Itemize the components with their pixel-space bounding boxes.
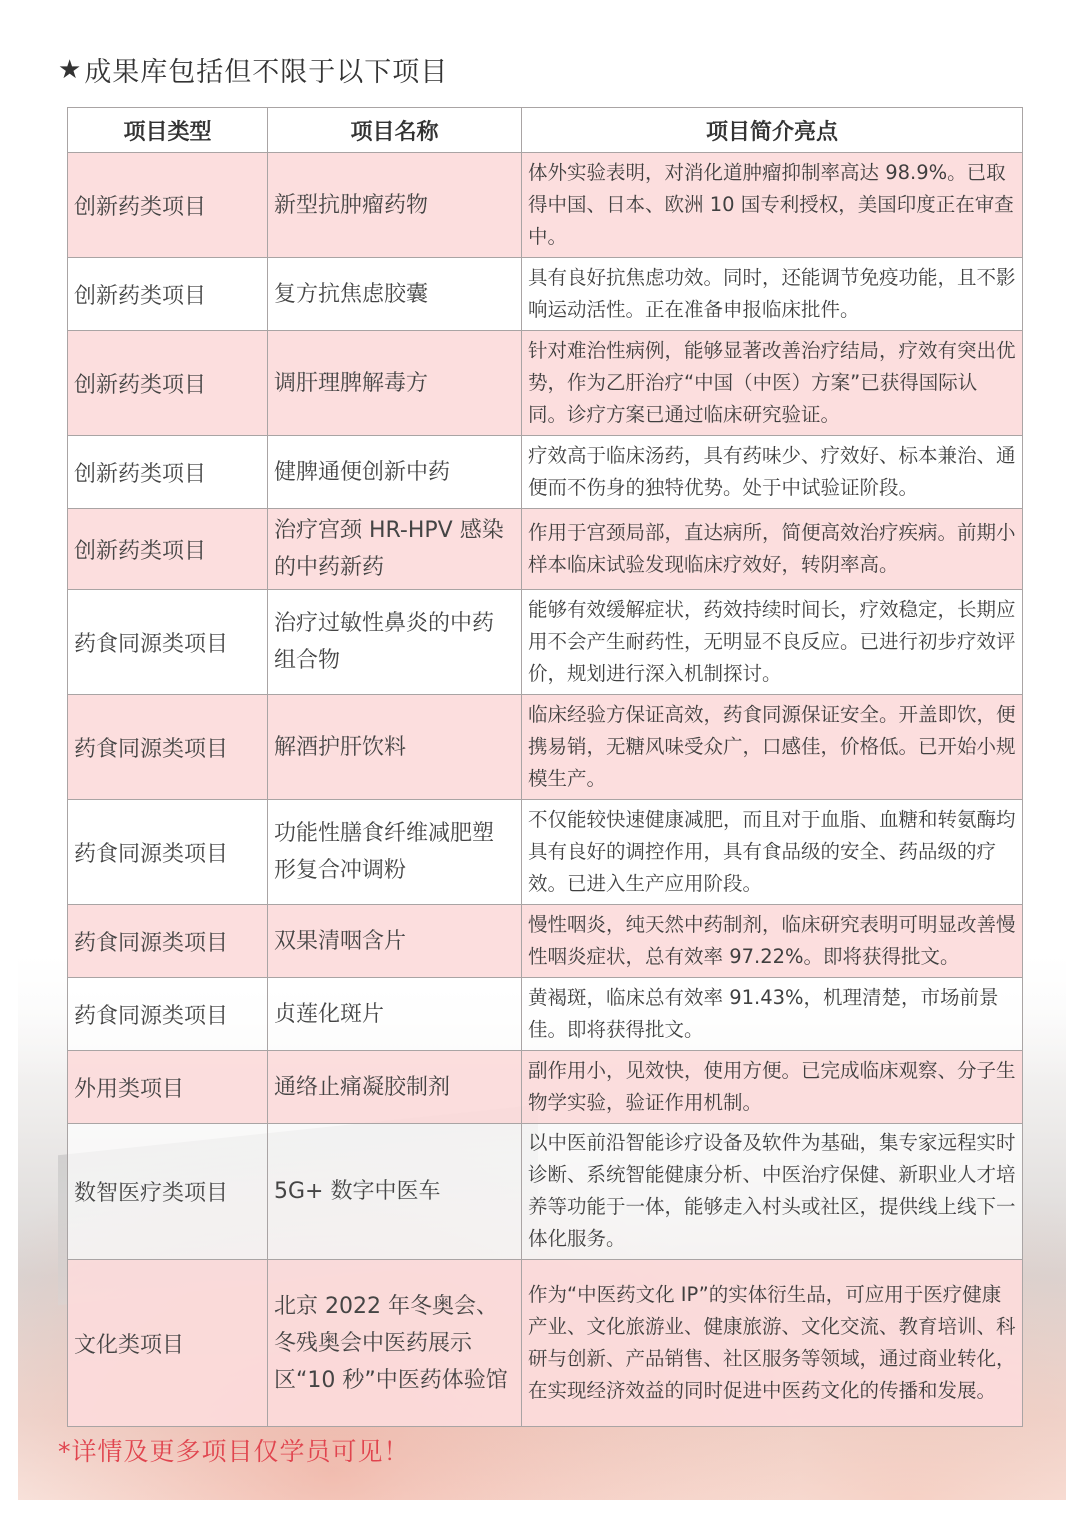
cell-project-name: 调肝理脾解毒方 — [268, 331, 522, 436]
table-row: 创新药类项目复方抗焦虑胶囊具有良好抗焦虑功效。同时，还能调节免疫功能，且不影响运… — [68, 258, 1023, 331]
table-header-row: 项目类型 项目名称 项目简介亮点 — [68, 108, 1023, 153]
table-row: 药食同源类项目双果清咽含片慢性咽炎，纯天然中药制剂，临床研究表明可明显改善慢性咽… — [68, 905, 1023, 978]
cell-project-highlights: 副作用小，见效快，使用方便。已完成临床观察、分子生物学实验，验证作用机制。 — [522, 1051, 1023, 1124]
table-row: 药食同源类项目解酒护肝饮料临床经验方保证高效，药食同源保证安全。开盖即饮，便携易… — [68, 695, 1023, 800]
table-row: 创新药类项目治疗宫颈 HR-HPV 感染的中药新药作用于宫颈局部，直达病所，简便… — [68, 509, 1023, 590]
header-project-highlights: 项目简介亮点 — [522, 108, 1023, 153]
cell-project-name: 解酒护肝饮料 — [268, 695, 522, 800]
cell-project-highlights: 针对难治性病例，能够显著改善治疗结局，疗效有突出优势，作为乙肝治疗“中国（中医）… — [522, 331, 1023, 436]
table-row: 外用类项目通络止痛凝胶制剂副作用小，见效快，使用方便。已完成临床观察、分子生物学… — [68, 1051, 1023, 1124]
page-title-text: 成果库包括但不限于以下项目 — [84, 50, 448, 89]
cell-project-highlights: 慢性咽炎，纯天然中药制剂，临床研究表明可明显改善慢性咽炎症状，总有效率 97.2… — [522, 905, 1023, 978]
cell-project-highlights: 作为“中医药文化 IP”的实体衍生品，可应用于医疗健康产业、文化旅游业、健康旅游… — [522, 1260, 1023, 1427]
cell-project-highlights: 不仅能较快速健康减肥，而且对于血脂、血糖和转氨酶均具有良好的调控作用，具有食品级… — [522, 800, 1023, 905]
table-row: 创新药类项目调肝理脾解毒方针对难治性病例，能够显著改善治疗结局，疗效有突出优势，… — [68, 331, 1023, 436]
cell-project-name: 北京 2022 年冬奥会、冬残奥会中医药展示区“10 秒”中医药体验馆 — [268, 1260, 522, 1427]
cell-project-highlights: 能够有效缓解症状，药效持续时间长，疗效稳定，长期应用不会产生耐药性，无明显不良反… — [522, 590, 1023, 695]
table-row: 创新药类项目健脾通便创新中药疗效高于临床汤药，具有药味少、疗效好、标本兼治、通便… — [68, 436, 1023, 509]
cell-project-type: 文化类项目 — [68, 1260, 268, 1427]
cell-project-type: 创新药类项目 — [68, 153, 268, 258]
page-title: ★ 成果库包括但不限于以下项目 — [58, 50, 448, 89]
cell-project-type: 药食同源类项目 — [68, 800, 268, 905]
cell-project-highlights: 体外实验表明，对消化道肿瘤抑制率高达 98.9%。已取得中国、日本、欧洲 10 … — [522, 153, 1023, 258]
cell-project-type: 药食同源类项目 — [68, 695, 268, 800]
table-row: 数智医疗类项目5G+ 数字中医车以中医前沿智能诊疗设备及软件为基础，集专家远程实… — [68, 1124, 1023, 1260]
cell-project-highlights: 作用于宫颈局部，直达病所，简便高效治疗疾病。前期小样本临床试验发现临床疗效好，转… — [522, 509, 1023, 590]
cell-project-highlights: 以中医前沿智能诊疗设备及软件为基础，集专家远程实时诊断、系统智能健康分析、中医治… — [522, 1124, 1023, 1260]
cell-project-name: 新型抗肿瘤药物 — [268, 153, 522, 258]
cell-project-type: 创新药类项目 — [68, 436, 268, 509]
cell-project-name: 健脾通便创新中药 — [268, 436, 522, 509]
cell-project-name: 双果清咽含片 — [268, 905, 522, 978]
cell-project-highlights: 具有良好抗焦虑功效。同时，还能调节免疫功能，且不影响运动活性。正在准备申报临床批… — [522, 258, 1023, 331]
table-row: 药食同源类项目功能性膳食纤维减肥塑形复合冲调粉不仅能较快速健康减肥，而且对于血脂… — [68, 800, 1023, 905]
cell-project-name: 治疗宫颈 HR-HPV 感染的中药新药 — [268, 509, 522, 590]
cell-project-highlights: 黄褐斑，临床总有效率 91.43%，机理清楚，市场前景佳。即将获得批文。 — [522, 978, 1023, 1051]
cell-project-name: 5G+ 数字中医车 — [268, 1124, 522, 1260]
table-row: 药食同源类项目贞莲化斑片黄褐斑，临床总有效率 91.43%，机理清楚，市场前景佳… — [68, 978, 1023, 1051]
star-icon: ★ — [58, 55, 82, 85]
cell-project-highlights: 疗效高于临床汤药，具有药味少、疗效好、标本兼治、通便而不伤身的独特优势。处于中试… — [522, 436, 1023, 509]
cell-project-type: 数智医疗类项目 — [68, 1124, 268, 1260]
cell-project-type: 药食同源类项目 — [68, 978, 268, 1051]
projects-table: 项目类型 项目名称 项目简介亮点 创新药类项目新型抗肿瘤药物体外实验表明，对消化… — [67, 107, 1023, 1427]
cell-project-name: 功能性膳食纤维减肥塑形复合冲调粉 — [268, 800, 522, 905]
cell-project-type: 药食同源类项目 — [68, 905, 268, 978]
cell-project-name: 治疗过敏性鼻炎的中药组合物 — [268, 590, 522, 695]
footnote: *详情及更多项目仅学员可见！ — [58, 1432, 410, 1468]
table-row: 药食同源类项目治疗过敏性鼻炎的中药组合物能够有效缓解症状，药效持续时间长，疗效稳… — [68, 590, 1023, 695]
cell-project-name: 贞莲化斑片 — [268, 978, 522, 1051]
cell-project-name: 复方抗焦虑胶囊 — [268, 258, 522, 331]
cell-project-type: 创新药类项目 — [68, 509, 268, 590]
cell-project-type: 药食同源类项目 — [68, 590, 268, 695]
table-row: 文化类项目北京 2022 年冬奥会、冬残奥会中医药展示区“10 秒”中医药体验馆… — [68, 1260, 1023, 1427]
cell-project-type: 创新药类项目 — [68, 331, 268, 436]
header-project-name: 项目名称 — [268, 108, 522, 153]
cell-project-type: 外用类项目 — [68, 1051, 268, 1124]
cell-project-name: 通络止痛凝胶制剂 — [268, 1051, 522, 1124]
cell-project-type: 创新药类项目 — [68, 258, 268, 331]
table-row: 创新药类项目新型抗肿瘤药物体外实验表明，对消化道肿瘤抑制率高达 98.9%。已取… — [68, 153, 1023, 258]
cell-project-highlights: 临床经验方保证高效，药食同源保证安全。开盖即饮，便携易销，无糖风味受众广，口感佳… — [522, 695, 1023, 800]
header-project-type: 项目类型 — [68, 108, 268, 153]
